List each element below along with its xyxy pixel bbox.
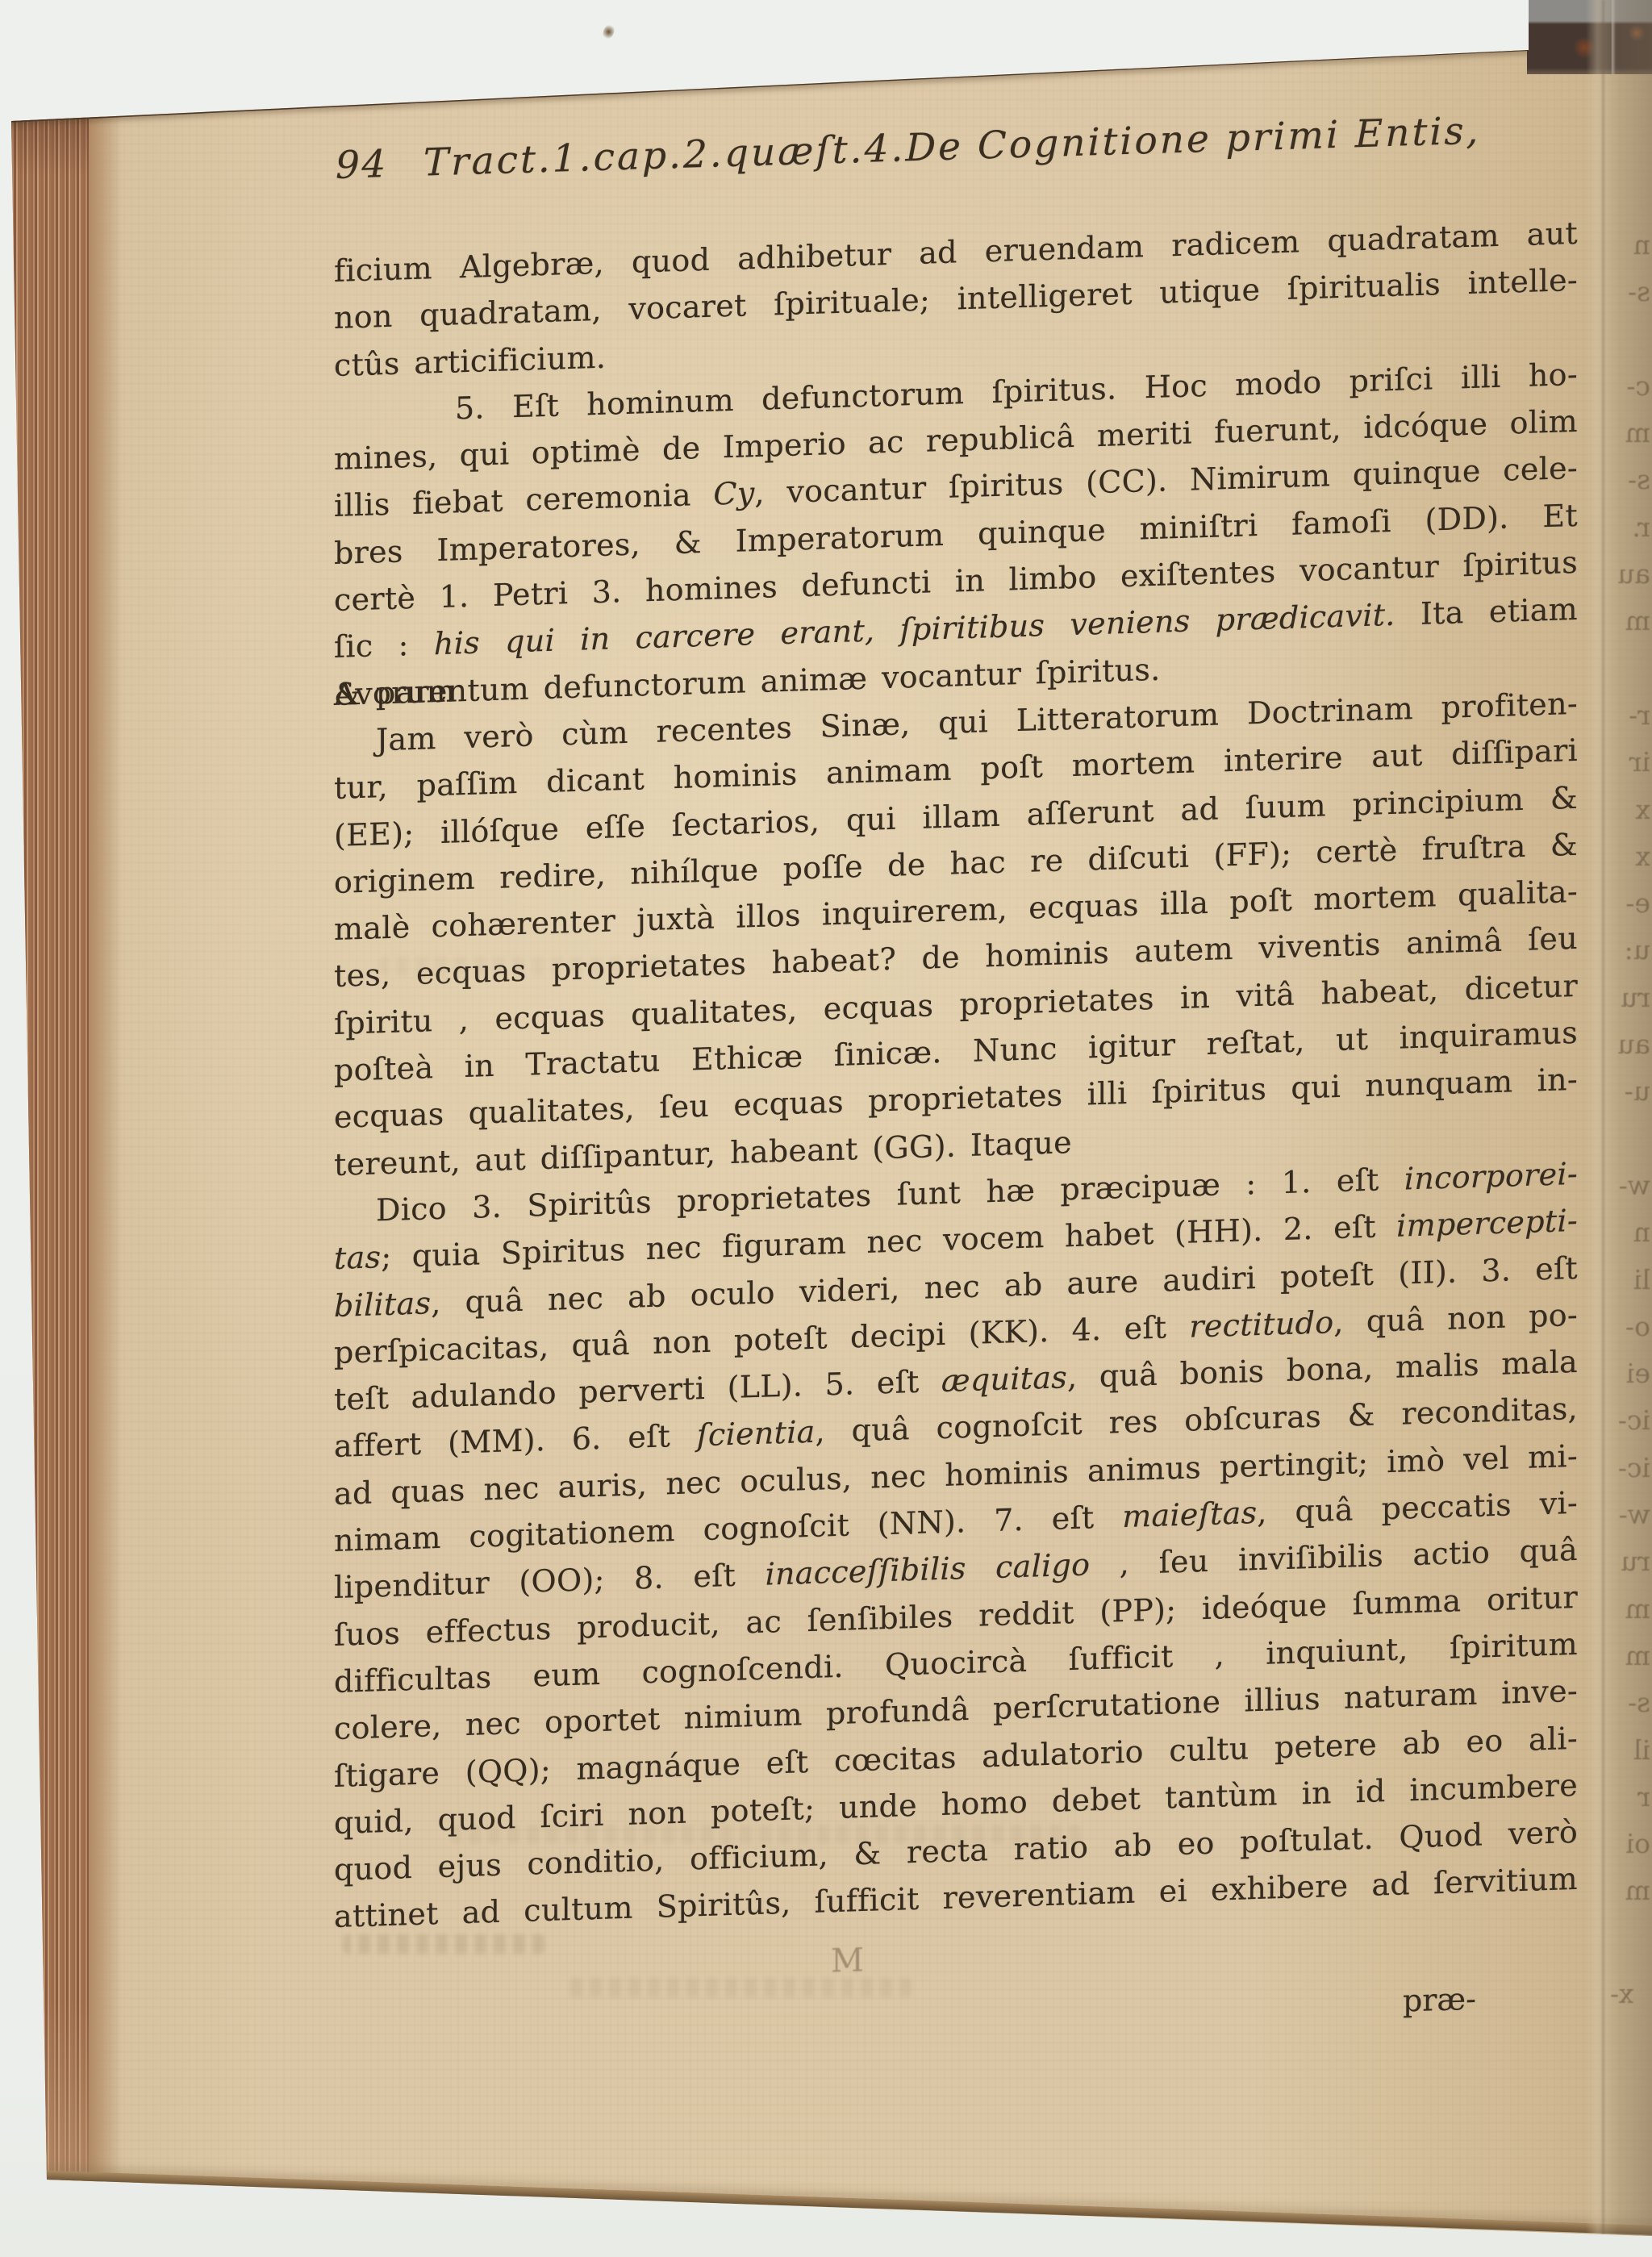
gutter-fragment: c-: [1608, 363, 1650, 410]
gutter-fragment: r-: [1608, 692, 1650, 739]
roman-text: , quâ non po-: [1333, 1297, 1578, 1340]
book-page: 94 Tract.1.cap.2.quæſt.4.De Cognitione p…: [0, 0, 1652, 2257]
gutter-fragment: m: [1608, 598, 1650, 645]
italic-text: tas: [334, 1239, 381, 1276]
page-edge-stripes: [10, 105, 89, 2186]
signature-mark: M: [831, 1942, 864, 1980]
italic-text: impercepti-: [1396, 1203, 1578, 1244]
gutter-fragment: au: [1608, 551, 1650, 598]
gutter-fragment: li: [1608, 1257, 1650, 1304]
page-number: 94: [336, 142, 388, 188]
gutter-fragment: x: [1608, 786, 1650, 833]
gutter-fragment: n: [1608, 1209, 1650, 1256]
roman-text: ctûs articificium.: [334, 339, 606, 382]
gutter-fragment: ru: [1608, 1538, 1650, 1585]
printed-text-column: 94 Tract.1.cap.2.quæſt.4.De Cognitione p…: [334, 106, 1578, 2051]
gutter-fragment: m: [1608, 1867, 1650, 1914]
scan-canvas: 94 Tract.1.cap.2.quæſt.4.De Cognitione p…: [0, 0, 1652, 2257]
gutter-fragment: [1608, 316, 1650, 363]
gutter-fragment: m: [1608, 410, 1650, 457]
gutter-fragment: oi: [1608, 1821, 1650, 1867]
gutter-fragment: ir: [1608, 739, 1650, 786]
gutter-fragment: au: [1608, 1021, 1650, 1068]
roman-text: affert (MM). 6. eſt: [334, 1418, 697, 1465]
gutter-fragment: x-: [1610, 1978, 1633, 2009]
gutter-fragment: w-: [1608, 1162, 1650, 1209]
gutter-fragment: r: [1608, 1774, 1650, 1821]
gutter-fragment: s-: [1608, 1679, 1650, 1726]
italic-text: inacceſſibilis caligo: [766, 1547, 1091, 1592]
gutter-fragment: m: [1608, 1586, 1650, 1633]
gutter-fragment: n: [1608, 222, 1650, 269]
roman-text: , ſeu inviſibilis actio quâ: [1090, 1532, 1578, 1582]
page-edge-fade: [89, 105, 123, 2186]
gutter-fragment: u:: [1608, 927, 1650, 974]
roman-text: lipenditur (OO); 8. eſt: [334, 1557, 766, 1605]
roman-text: , quâ peccatis vi-: [1257, 1485, 1578, 1530]
italic-text: bilitas: [334, 1285, 431, 1324]
gutter-fragment: x: [1608, 833, 1650, 880]
gutter-crease: [1602, 0, 1604, 2257]
italic-text: rectitudo: [1189, 1304, 1333, 1344]
gutter-fragment: [1608, 645, 1650, 692]
gutter-fragment: s-: [1608, 269, 1650, 315]
roman-text: ſic :: [334, 627, 434, 665]
gutter-fragment: ru: [1608, 974, 1650, 1021]
paper-speck: [601, 23, 617, 41]
italic-text: maieſtas: [1122, 1495, 1257, 1534]
italic-text: Cy: [713, 476, 754, 513]
gutter-fragment: e-: [1608, 880, 1650, 927]
gutter-fragments: ns-c-ms-r.aumr-irxxe-u:ruauu-w-nlio-eiic…: [1608, 222, 1650, 1915]
gutter-fragment: il: [1608, 1727, 1650, 1774]
body-text: ficium Algebræ, quod adhibetur ad eruend…: [334, 210, 1578, 1941]
gutter-fragment: m: [1608, 1633, 1650, 1679]
gutter-fragment: w-: [1608, 1491, 1650, 1538]
italic-text: ſcientia: [697, 1414, 816, 1453]
gutter-fragment: s-: [1608, 457, 1650, 503]
roman-text: illis fiebat ceremonia: [334, 477, 713, 524]
gutter-fragment: o-: [1608, 1304, 1650, 1350]
gutter-fragment: ei: [1608, 1350, 1650, 1397]
catchword: præ-: [1403, 1980, 1476, 2018]
italic-text: æquitas: [941, 1359, 1067, 1399]
gutter-fragment: ic-: [1608, 1397, 1650, 1444]
gutter-fragment: u-: [1608, 1068, 1650, 1115]
gutter-fragment: [1608, 1116, 1650, 1162]
italic-text: incorporei-: [1404, 1156, 1578, 1197]
gutter-fragment: r.: [1608, 504, 1650, 551]
gutter-fragment: ic-: [1608, 1445, 1650, 1491]
